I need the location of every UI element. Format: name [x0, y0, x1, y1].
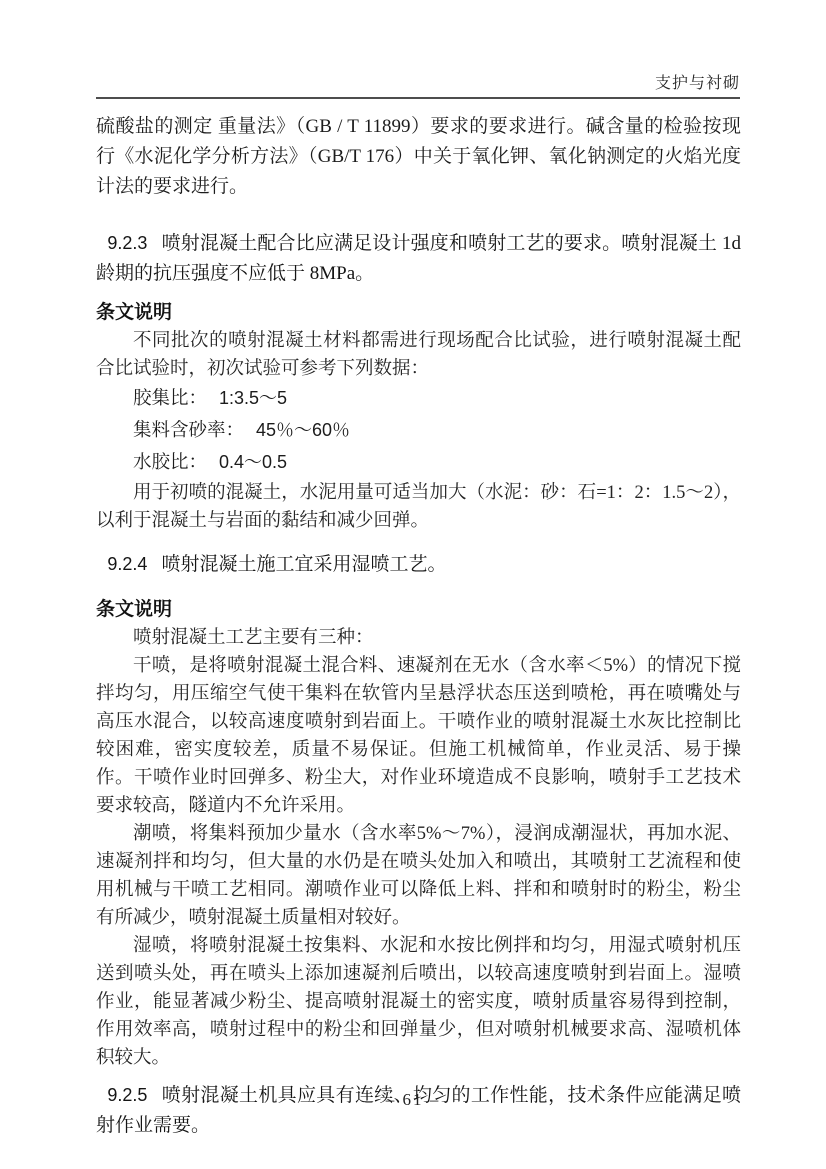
notes-924-paragraph-intro: 喷射混凝土工艺主要有三种：	[96, 624, 741, 652]
notes-924-paragraph-wet-spray: 湿喷，将喷射混凝土按集料、水泥和水按比例拌和均匀，用湿式喷射机压送到喷头处，再在…	[96, 932, 741, 1072]
mix-ratio-label: 水胶比：	[133, 453, 207, 473]
document-body: 硫酸盐的测定 重量法》（GB / T 11899）要求的要求进行。碱含量的检验按…	[96, 112, 741, 1141]
mix-ratio-value: 0.4～0.5	[219, 452, 287, 472]
clause-9-2-3: 9.2.3喷射混凝土配合比应满足设计强度和喷射工艺的要求。喷射混凝土 1d 龄期…	[96, 228, 741, 289]
intro-paragraph: 硫酸盐的测定 重量法》（GB / T 11899）要求的要求进行。碱含量的检验按…	[96, 112, 741, 202]
notes-923-paragraph-1: 不同批次的喷射混凝土材料都需进行现场配合比试验，进行喷射混凝土配合比试验时，初次…	[96, 327, 741, 383]
clause-9-2-4: 9.2.4喷射混凝土施工宜采用湿喷工艺。	[96, 549, 741, 580]
header-section-title: 支护与衬砌	[655, 75, 740, 92]
page-number: – 61 –	[386, 1090, 441, 1109]
mix-ratio-item-water-binder: 水胶比：0.4～0.5	[96, 447, 741, 479]
mix-ratio-label: 胶集比：	[133, 389, 207, 409]
mix-ratio-label: 集料含砂率：	[133, 421, 244, 441]
mix-ratio-list: 胶集比：1:3.5～5 集料含砂率：45％～60％ 水胶比：0.4～0.5	[96, 383, 741, 479]
clause-9-2-3-text: 喷射混凝土配合比应满足设计强度和喷射工艺的要求。喷射混凝土 1d 龄期的抗压强度…	[96, 233, 741, 284]
page-footer: – 61 –	[0, 1090, 826, 1110]
clause-9-2-4-text: 喷射混凝土施工宜采用湿喷工艺。	[161, 554, 446, 575]
notes-heading-923: 条文说明	[96, 299, 741, 327]
clause-9-2-3-number: 9.2.3	[107, 233, 147, 253]
clause-9-2-4-number: 9.2.4	[107, 554, 147, 574]
notes-923-paragraph-2: 用于初喷的混凝土，水泥用量可适当加大（水泥：砂：石=1：2：1.5～2），以利于…	[96, 479, 741, 535]
page-header: 支护与衬砌	[96, 74, 740, 99]
mix-ratio-item-binder-aggregate: 胶集比：1:3.5～5	[96, 383, 741, 415]
notes-924-paragraph-moist-spray: 潮喷，将集料预加少量水（含水率5%～7%），浸润成潮湿状，再加水泥、速凝剂拌和均…	[96, 820, 741, 932]
document-page: 支护与衬砌 硫酸盐的测定 重量法》（GB / T 11899）要求的要求进行。碱…	[0, 0, 826, 1169]
mix-ratio-value: 45％～60％	[256, 420, 350, 440]
mix-ratio-item-sand-content: 集料含砂率：45％～60％	[96, 415, 741, 447]
notes-heading-924: 条文说明	[96, 596, 741, 624]
notes-924-paragraph-dry-spray: 干喷，是将喷射混凝土混合料、速凝剂在无水（含水率＜5%）的情况下搅拌均匀，用压缩…	[96, 652, 741, 820]
mix-ratio-value: 1:3.5～5	[219, 388, 287, 408]
